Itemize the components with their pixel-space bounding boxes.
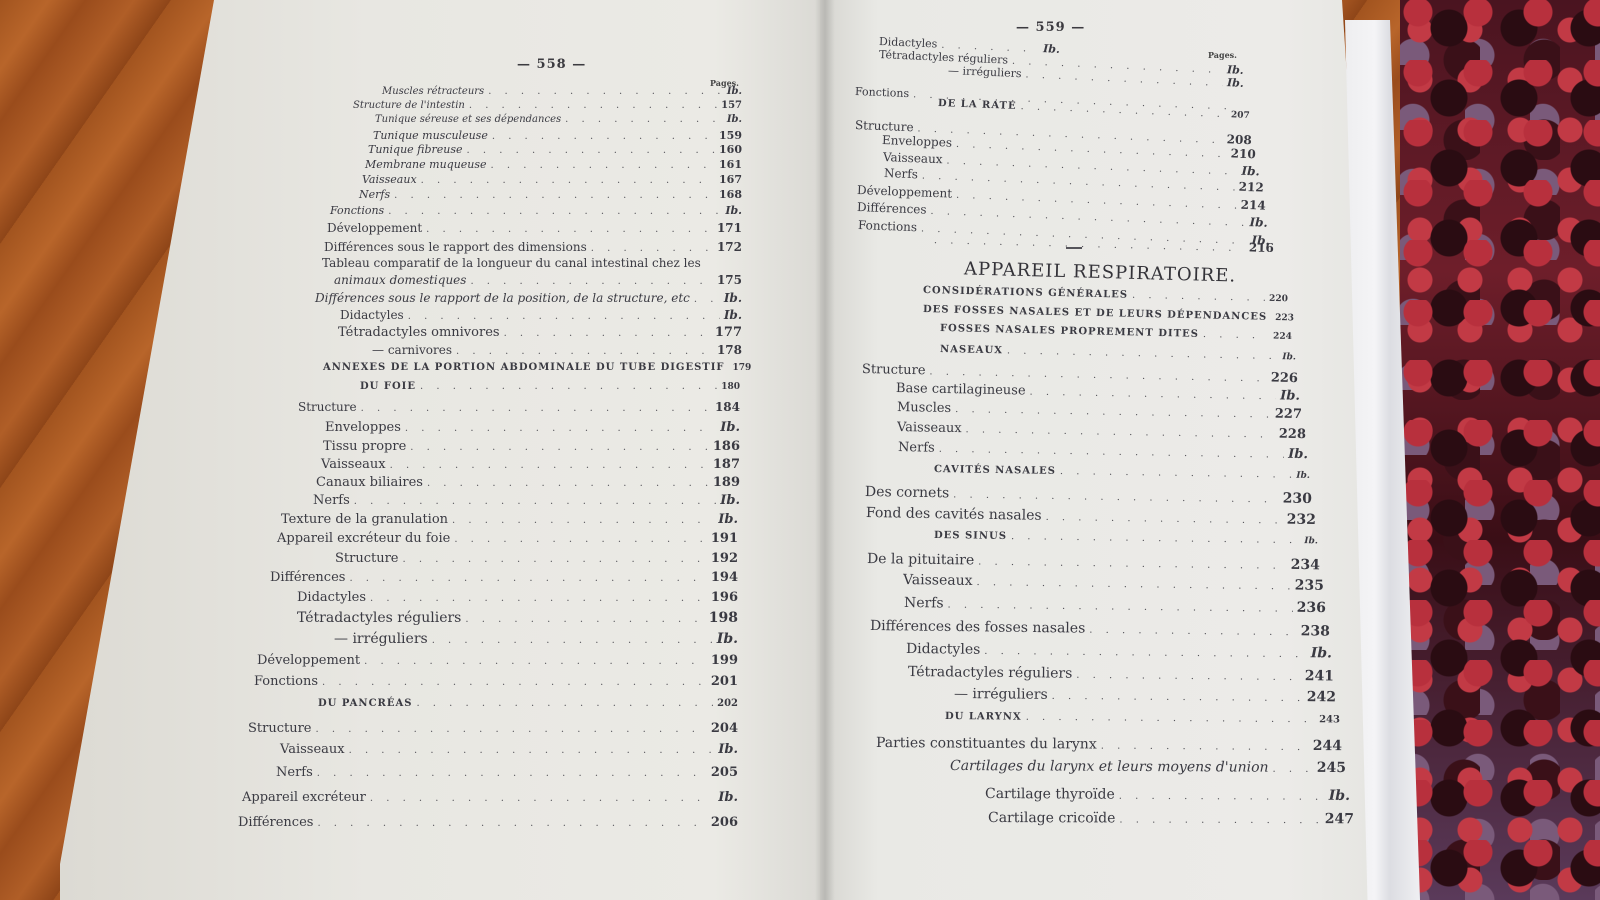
toc-entry-title: Didactyles [297,590,366,605]
toc-entry: Muscles rétracteursIb. [382,86,742,97]
toc-entry-title: DU FOIE [360,381,416,392]
toc-entry-page: Ib. [717,631,738,647]
toc-entry-page: 179 [733,363,752,373]
leader-dots [420,381,717,392]
toc-entry: Différences194 [270,570,738,585]
toc-entry-page: 236 [1297,600,1326,616]
leader-dots [491,160,715,171]
toc-entry-title: Nerfs [904,595,944,611]
toc-entry-page: 244 [1313,738,1342,754]
toc-entry-page: 204 [711,721,738,736]
toc-entry-title: animaux domestiques [334,273,466,287]
toc-entry: Cartilage thyroïdeIb. [985,786,1350,804]
toc-entry-page: 232 [1287,512,1316,528]
toc-entry-title: Base cartilagineuse [896,381,1026,398]
toc-entry-page: 187 [713,457,740,472]
toc-entry-title: Tétradactyles omnivores [338,325,500,340]
toc-entry-title: Fonctions [858,218,918,234]
toc-entry-title: Vaisseaux [321,457,386,472]
toc-entry-page: 243 [1319,714,1340,725]
toc-entry-page: 206 [711,815,738,830]
toc-entry-page: Ib. [1311,645,1332,661]
toc-entry-title: Structure de l'intestin [353,100,465,111]
right-pages-label: Pages. [1208,50,1237,60]
toc-entry-page: 230 [1283,491,1312,507]
toc-entry-title: Canaux biliaires [316,475,423,490]
toc-entry-title: Différences [238,815,313,830]
toc-entry-page: Ib. [724,291,742,305]
toc-entry: Appareil excréteur du foie191 [277,531,738,546]
toc-entry-title: Différences sous le rapport de la positi… [315,291,690,305]
leader-dots [467,145,715,156]
toc-entry-page: 216 [1249,240,1274,255]
leader-dots [1273,764,1313,775]
toc-entry: Structure204 [248,721,738,736]
toc-entry-title: Développement [327,221,422,235]
toc-entry-title: Parties constituantes du larynx [876,735,1097,753]
toc-entry: animaux domestiques175 [334,273,742,287]
toc-entry: Appareil excréteurIb. [242,790,738,805]
leader-dots [390,460,709,471]
leader-dots [454,534,707,545]
leader-dots [421,175,715,186]
toc-entry-page: 205 [711,765,738,780]
leader-dots [465,614,704,625]
toc-entry-title: NASEAUX [940,344,1003,356]
toc-entry-title: Didactyles [906,641,981,658]
leader-dots [408,311,720,322]
toc-entry-title: Membrane muqueuse [365,158,487,171]
toc-entry-title: Différences des fosses nasales [870,618,1085,637]
toc-entry-title: Texture de la granulation [281,512,448,527]
leader-dots [591,243,713,254]
leader-dots [370,793,714,804]
toc-entry-page: 178 [717,343,742,357]
toc-entry-title: Didactyles [340,308,404,322]
toc-entry: DidactylesIb. [340,308,742,322]
toc-entry-page: Ib. [718,790,738,805]
leader-dots [452,515,714,526]
toc-entry: Membrane muqueuse161 [365,158,742,171]
toc-entry-page: 189 [713,475,740,490]
toc-entry-title: Tunique musculeuse [373,129,488,142]
leader-dots [1101,741,1309,753]
toc-entry: EnveloppesIb. [325,420,740,435]
toc-entry-page: Ib. [718,512,738,527]
leader-dots [565,114,723,125]
leader-dots [349,745,715,756]
book-gutter [815,0,835,900]
toc-entry-page: Ib. [727,114,742,125]
toc-entry: Cartilages du larynx et leurs moyens d'u… [950,758,1346,776]
toc-entry: Cartilage cricoïde247 [988,810,1354,827]
leader-dots [432,635,713,646]
toc-entry-page: 186 [713,439,740,454]
toc-entry-page: Ib. [1296,471,1310,481]
toc-entry: Tétradactyles réguliers198 [297,610,738,626]
toc-entry-title: Vaisseaux [883,150,943,166]
toc-entry-title: DU LARYNX [945,711,1022,723]
leader-dots [405,423,716,434]
toc-entry-title: Structure [335,551,399,566]
toc-entry-title: Vaisseaux [280,742,345,757]
leader-dots [1203,329,1269,341]
toc-entry: Développement199 [257,653,738,668]
toc-entry: Structure184 [298,400,740,414]
toc-entry-title: Tissu propre [323,439,406,454]
leader-dots [1076,670,1301,683]
toc-entry-title: Structure [862,362,926,378]
toc-entry-page: 207 [1231,110,1250,121]
toc-entry: Canaux biliaires189 [316,475,740,490]
toc-entry: Différences sous le rapport de la positi… [315,291,742,305]
toc-entry-page: 167 [719,173,742,186]
right-page-number: — 559 — [1016,20,1085,35]
left-page-number: — 558 — [517,57,586,72]
toc-entry: Nerfs168 [359,188,742,201]
toc-entry-page: 214 [1240,198,1266,213]
toc-entry-page: Ib. [720,420,740,435]
leader-dots [427,478,709,489]
toc-entry-page: Ib. [1241,164,1260,179]
toc-entry-page: 247 [1325,811,1354,827]
leader-dots [364,656,707,667]
leader-dots [354,496,717,507]
toc-entry-title: Tunique fibreuse [368,143,463,156]
toc-entry-title: Tableau comparatif de la longueur du can… [322,256,701,270]
toc-entry-page: 175 [717,273,742,287]
leader-dots [694,294,720,305]
toc-entry-title: Tétradactyles réguliers [297,610,461,626]
leader-dots [349,573,706,584]
toc-entry-title: — carnivores [372,343,452,357]
toc-entry-page: 223 [1275,313,1294,323]
toc-entry: Vaisseaux167 [362,173,742,186]
leader-dots [456,346,713,357]
leader-dots [394,190,715,201]
toc-entry-page: Ib. [1280,388,1300,403]
toc-entry-page: 208 [1226,132,1252,147]
toc-entry: Tunique séreuse et ses dépendancesIb. [375,114,742,125]
toc-entry-page: 192 [711,551,738,566]
leader-dots [1089,625,1297,639]
toc-entry-page: 199 [711,653,738,668]
toc-entry-page: Ib. [724,308,742,322]
toc-entry-page: 212 [1238,180,1264,195]
toc-entry-title: Appareil excréteur [242,790,366,805]
toc-entry-page: 168 [719,188,742,201]
leader-dots [488,86,723,97]
toc-entry-title: Tunique séreuse et ses dépendances [375,114,561,125]
toc-entry-page: 228 [1279,427,1306,442]
toc-entry-page: Ib. [1304,536,1318,546]
toc-entry-page: 202 [717,698,738,709]
toc-entry-title: Différences [857,200,927,217]
toc-entry-title: Vaisseaux [897,420,962,436]
leader-dots [316,724,707,735]
toc-entry-title: Nerfs [276,765,313,780]
toc-entry: Texture de la granulationIb. [281,512,738,527]
toc-entry: Tunique fibreuse160 [368,143,742,156]
toc-entry-page: 184 [715,400,740,414]
toc-entry-title: — irréguliers [334,631,428,647]
leader-dots [426,224,713,235]
toc-entry-title: Enveloppes [325,420,401,435]
leader-dots [388,206,721,217]
leader-dots [403,554,707,565]
section-divider [1066,247,1082,249]
leader-dots [1119,791,1325,803]
toc-entry-page: 180 [721,382,740,392]
toc-entry-title: Enveloppes [882,133,953,150]
leader-dots [492,131,715,142]
toc-entry-page: 235 [1295,577,1324,593]
toc-entry-title: Muscles rétracteurs [382,86,484,97]
toc-entry-title: CAVITÉS NASALES [934,464,1056,477]
toc-entry-page: Ib. [1043,42,1060,56]
toc-entry-title: DU PANCRÉAS [318,698,412,709]
leader-dots [361,403,711,414]
toc-entry-title: Cartilages du larynx et leurs moyens d'u… [950,758,1269,776]
toc-entry-page: 234 [1291,557,1320,573]
leader-dots [370,593,707,604]
toc-entry-page: Ib. [1329,788,1350,804]
toc-entry-title: Nerfs [898,440,935,456]
toc-entry: Tétradactyles omnivores177 [338,325,742,340]
leader-dots [317,768,707,779]
toc-entry-title: ANNEXES DE LA PORTION ABDOMINALE DU TUBE… [323,362,725,373]
toc-entry: Tissu propre186 [323,439,740,454]
toc-entry-page: 160 [719,143,742,156]
toc-entry-page: 242 [1307,689,1336,705]
toc-entry: Tableau comparatif de la longueur du can… [322,256,714,270]
toc-entry-title: Vaisseaux [903,572,973,589]
toc-entry-page: Ib. [1227,76,1244,90]
toc-entry: — irréguliersIb. [334,631,738,647]
toc-entry: ANNEXES DE LA PORTION ABDOMINALE DU TUBE… [323,362,740,373]
toc-entry-title: Des cornets [865,484,949,501]
toc-entry-title: Structure [855,118,914,134]
toc-entry-page: 224 [1273,332,1292,342]
toc-entry-page: 194 [711,570,738,585]
toc-entry-page: 159 [719,129,742,142]
toc-entry: Parties constituantes du larynx244 [876,735,1342,754]
toc-entry: Vaisseaux187 [321,457,740,472]
toc-entry-page: 241 [1305,668,1334,684]
toc-entry: Différences206 [238,815,738,830]
leader-dots [470,276,712,287]
toc-entry-page: 226 [1271,371,1298,387]
toc-entry: NerfsIb. [313,493,740,508]
toc-entry: FonctionsIb. [330,204,742,217]
toc-entry: — irréguliers242 [954,686,1336,705]
toc-entry-page: 210 [1230,146,1256,161]
toc-entry-page: 171 [717,221,742,235]
toc-entry-page: Ib. [1227,63,1244,77]
leader-dots [317,818,706,829]
toc-entry-page: 245 [1317,760,1346,776]
toc-entry-title: Structure [248,721,312,736]
leader-dots [469,100,717,111]
toc-entry-title: Différences [270,570,345,585]
toc-entry: Différences sous le rapport des dimensio… [324,240,742,254]
toc-entry-page: Ib. [1249,215,1268,230]
toc-entry-title: Cartilage thyroïde [985,786,1115,803]
toc-entry-title: Tétradactyles réguliers [908,664,1073,682]
toc-entry-page: 201 [711,674,738,689]
toc-entry-page: 196 [711,590,738,605]
leader-dots [410,442,709,453]
toc-entry-page: Ib. [725,204,742,217]
toc-entry-page: 172 [717,240,742,254]
toc-entry: Développement171 [327,221,742,235]
toc-entry-title: Nerfs [359,188,390,201]
leader-dots [504,328,711,339]
toc-entry-title: Muscles [897,400,951,416]
toc-entry-title: Fonctions [330,204,384,217]
leader-dots [416,698,713,709]
leader-dots [1046,512,1283,527]
toc-entry-title: Nerfs [884,166,918,181]
toc-entry-title: Vaisseaux [362,173,417,186]
toc-entry-title: Cartilage cricoïde [988,810,1115,826]
toc-entry: Tunique musculeuse159 [373,129,742,142]
toc-entry-title: Développement [257,653,360,668]
toc-entry: Fonctions201 [254,674,738,689]
toc-entry-page: 220 [1269,294,1288,304]
toc-entry-title: Appareil excréteur du foie [277,531,450,546]
leader-dots [984,646,1307,660]
toc-entry: DU FOIE180 [360,381,740,392]
toc-entry-title: — irréguliers [954,686,1048,703]
toc-entry-title: Fond des cavités nasales [866,505,1042,524]
toc-entry-page: Ib. [1288,447,1308,462]
toc-entry: — carnivores178 [372,343,742,357]
toc-entry-page: Ib. [718,742,738,757]
toc-entry-title: Fonctions [254,674,318,689]
toc-entry-title: Structure [298,400,357,414]
toc-entry: VaisseauxIb. [280,742,738,757]
toc-entry-page: Ib. [1282,352,1296,362]
toc-entry: DU PANCRÉAS202 [318,698,738,709]
toc-entry: Nerfs205 [276,765,738,780]
toc-entry: Didactyles196 [297,590,738,605]
toc-entry-page: 198 [709,610,738,626]
toc-entry-page: Ib. [720,493,740,508]
toc-entry-page: 227 [1275,407,1302,422]
toc-entry-page: 157 [721,100,742,111]
toc-entry-page: 238 [1301,623,1330,639]
toc-entry-page: 161 [719,158,742,171]
toc-entry: Structure de l'intestin157 [353,100,742,111]
leader-dots [1119,814,1320,826]
toc-entry-title: Fonctions [855,85,910,100]
leader-dots [1052,691,1303,704]
rug-background [1400,0,1600,900]
toc-entry-title: DES SINUS [934,530,1007,542]
toc-entry-title: Nerfs [313,493,350,508]
toc-entry-page: 191 [711,531,738,546]
toc-entry: Structure192 [335,551,738,566]
toc-entry-page: Ib. [727,86,742,97]
leader-dots [322,677,707,688]
toc-entry-title: Différences sous le rapport des dimensio… [324,240,587,254]
toc-entry-page: 177 [715,325,742,340]
toc-entry-title: De la pituitaire [867,551,974,568]
